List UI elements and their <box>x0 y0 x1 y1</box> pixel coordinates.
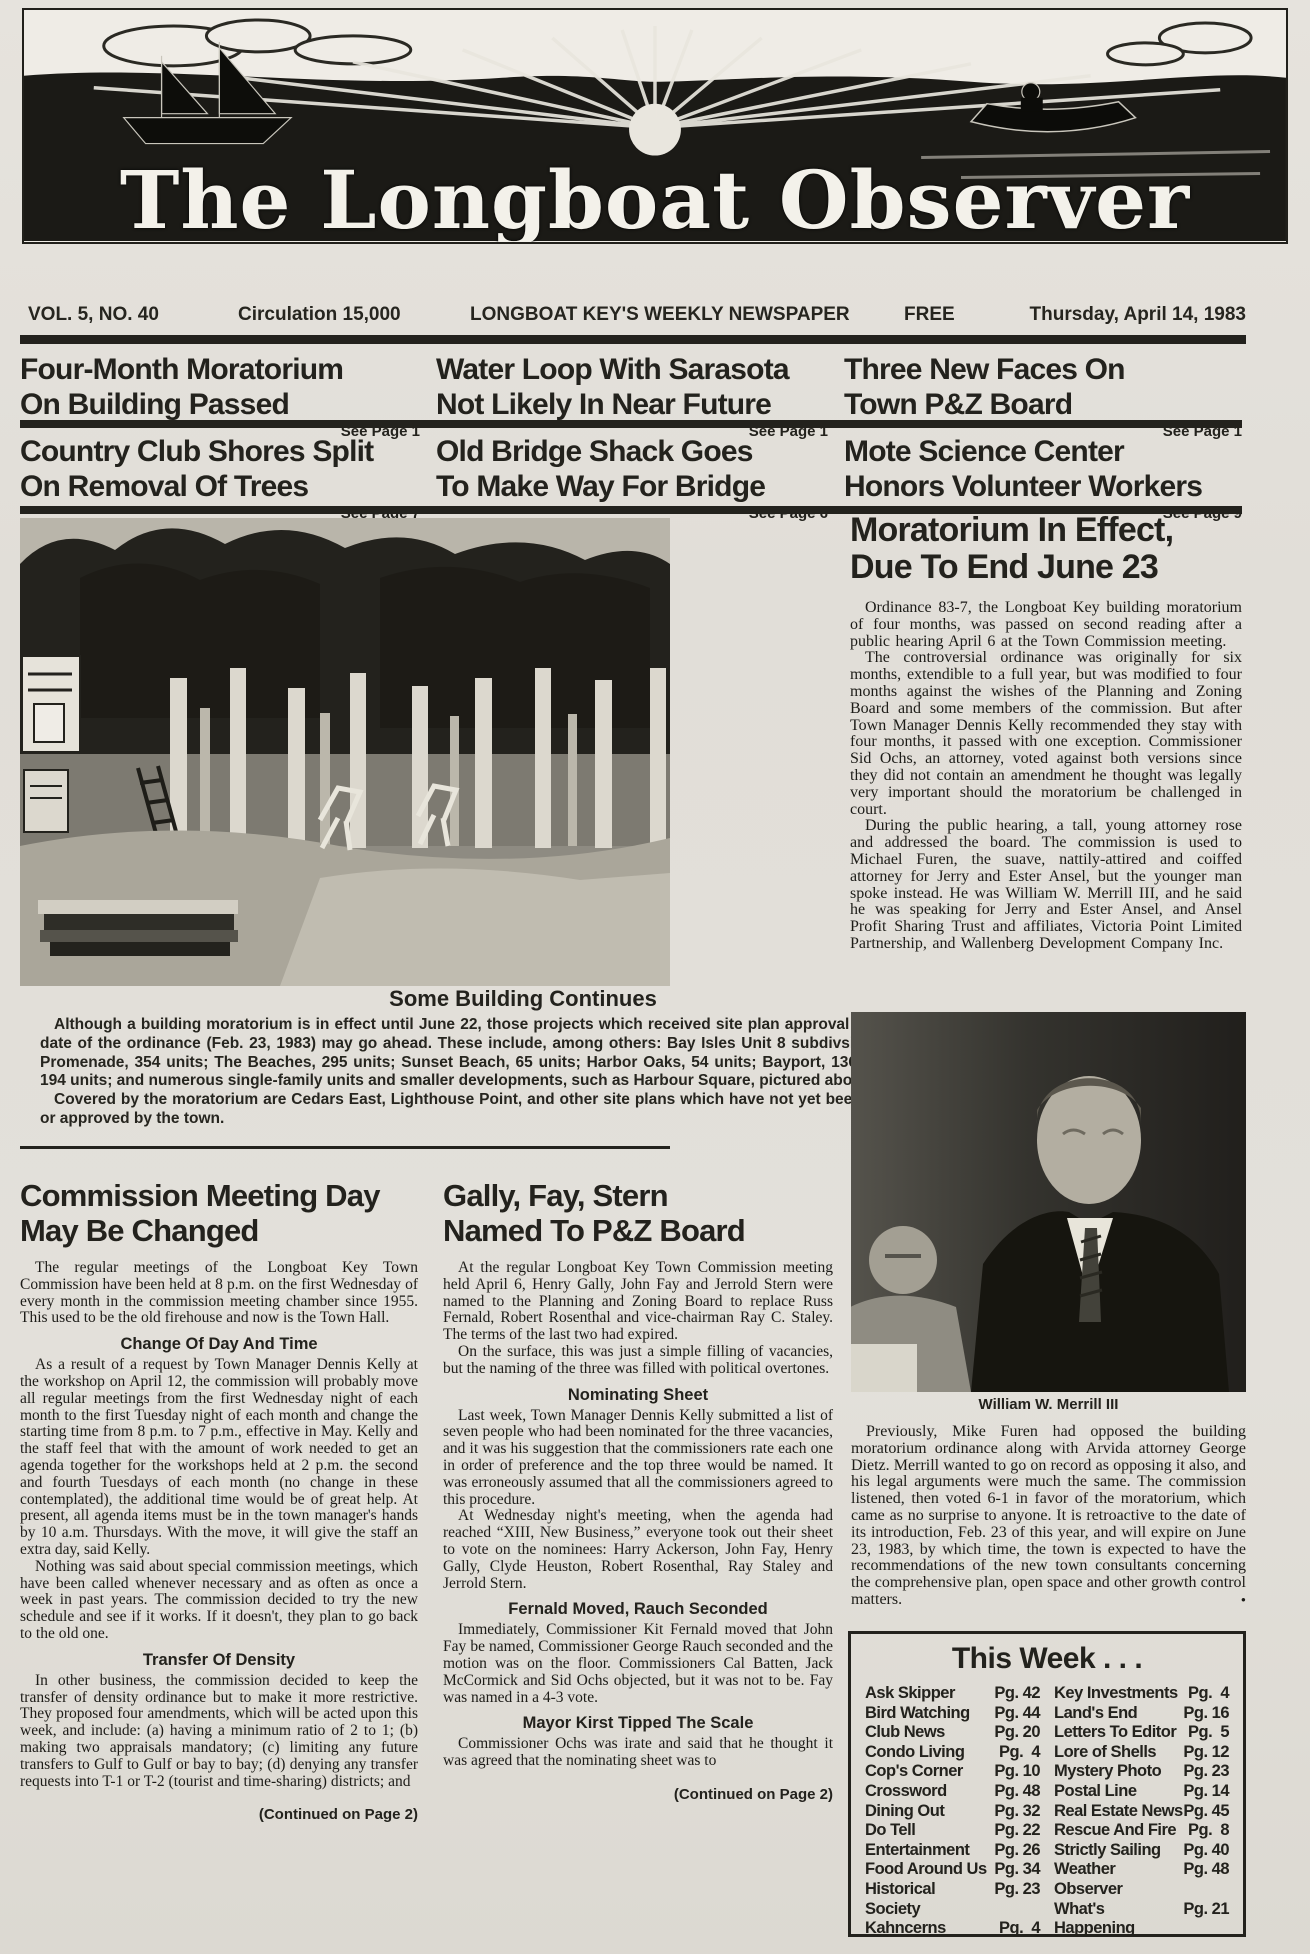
masthead: The Longboat Observer <box>22 8 1288 244</box>
index-row: Letters To EditorPg. 5 <box>1054 1723 1229 1743</box>
teaser-headline: Old Bridge Shack Goes <box>436 435 753 468</box>
newspaper-title: The Longboat Observer <box>24 160 1286 240</box>
this-week-index-box: This Week . . . Ask SkipperPg. 42 Bird W… <box>848 1631 1246 1937</box>
index-row: Condo LivingPg. 4 <box>865 1743 1040 1763</box>
commission-meeting-article: Commission Meeting DayMay Be Changed The… <box>20 1178 418 1823</box>
this-week-right-column: Key InvestmentsPg. 4 Land's EndPg. 16 Le… <box>1054 1684 1229 1939</box>
volume-number: VOL. 5, NO. 40 <box>28 304 159 326</box>
teaser-headline: Town P&Z Board <box>844 388 1072 421</box>
teaser-headline: Water Loop With Sarasota <box>436 353 789 386</box>
article-paragraph: The regular meetings of the Longboat Key… <box>20 1260 418 1327</box>
article-subhead: Change Of Day And Time <box>20 1335 418 1354</box>
index-row: EntertainmentPg. 26 <box>865 1841 1040 1861</box>
teaser-headline: Country Club Shores Split <box>20 435 373 468</box>
divider-rule <box>20 420 1242 428</box>
article-paragraph: Last week, Town Manager Dennis Kelly sub… <box>443 1408 833 1509</box>
article-paragraph: Immediately, Commissioner Kit Fernald mo… <box>443 1622 833 1706</box>
article-headline: Commission Meeting DayMay Be Changed <box>20 1178 418 1248</box>
caption-title: Some Building Continues <box>40 986 1006 1012</box>
index-row: Weather ObserverPg. 48 <box>1054 1860 1229 1899</box>
issue-date: Thursday, April 14, 1983 <box>1030 304 1246 326</box>
article-paragraph: In other business, the commission decide… <box>20 1673 418 1791</box>
article-paragraph: At the regular Longboat Key Town Commiss… <box>443 1260 833 1344</box>
index-row: Club NewsPg. 20 <box>865 1723 1040 1743</box>
article-paragraph: The controversial ordinance was original… <box>850 650 1242 818</box>
article-headline: Gally, Fay, SternNamed To P&Z Board <box>443 1178 833 1248</box>
teaser-headline: Mote Science Center <box>844 435 1124 468</box>
index-row: Postal LinePg. 14 <box>1054 1782 1229 1802</box>
newspaper-front-page: The Longboat Observer VOL. 5, NO. 40 Cir… <box>0 0 1310 1954</box>
article-subhead: Fernald Moved, Rauch Seconded <box>443 1600 833 1619</box>
index-row: What's HappeningPg. 21 <box>1054 1900 1229 1939</box>
continued-note: (Continued on Page 2) <box>443 1786 833 1803</box>
index-row: Land's EndPg. 16 <box>1054 1704 1229 1724</box>
merrill-photo-caption: William W. Merrill III <box>851 1396 1246 1413</box>
construction-site-photo <box>20 518 670 986</box>
index-row: CrosswordPg. 48 <box>865 1782 1040 1802</box>
index-row: Cop's CornerPg. 10 <box>865 1762 1040 1782</box>
article-paragraph: On the surface, this was just a simple f… <box>443 1344 833 1378</box>
index-row: Rescue And FirePg. 8 <box>1054 1821 1229 1841</box>
article-paragraph: Commissioner Ochs was irate and said tha… <box>443 1736 833 1770</box>
end-bullet: • <box>851 1593 1246 1610</box>
index-row: Do TellPg. 22 <box>865 1821 1040 1841</box>
index-row: Mystery PhotoPg. 23 <box>1054 1762 1229 1782</box>
pz-board-article: Gally, Fay, SternNamed To P&Z Board At t… <box>443 1178 833 1803</box>
tagline: LONGBOAT KEY'S WEEKLY NEWSPAPER <box>470 304 850 326</box>
continued-note: (Continued on Page 2) <box>20 1806 418 1823</box>
merrill-article: Previously, Mike Furen had opposed the b… <box>851 1424 1246 1610</box>
teaser-headline: Not Likely In Near Future <box>436 388 771 421</box>
teaser-headline: Honors Volunteer Workers <box>844 470 1202 503</box>
merrill-portrait-photo <box>851 1012 1246 1392</box>
article-paragraph: Ordinance 83-7, the Longboat Key buildin… <box>850 600 1242 650</box>
index-row: Real Estate NewsPg. 45 <box>1054 1802 1229 1822</box>
divider-rule <box>20 1146 670 1149</box>
index-row: Ask SkipperPg. 42 <box>865 1684 1040 1704</box>
index-row: Lore of ShellsPg. 12 <box>1054 1743 1229 1763</box>
index-row: Dining OutPg. 32 <box>865 1802 1040 1822</box>
index-row: Key InvestmentsPg. 4 <box>1054 1684 1229 1704</box>
teaser-headline: Four-Month Moratorium <box>20 353 343 386</box>
this-week-title: This Week . . . <box>865 1642 1229 1676</box>
article-paragraph: As a result of a request by Town Manager… <box>20 1357 418 1559</box>
article-paragraph: Previously, Mike Furen had opposed the b… <box>851 1424 1246 1609</box>
this-week-left-column: Ask SkipperPg. 42 Bird WatchingPg. 44 Cl… <box>865 1684 1040 1939</box>
article-paragraph: At Wednesday night's meeting, when the a… <box>443 1508 833 1592</box>
info-bar: VOL. 5, NO. 40 Circulation 15,000 LONGBO… <box>20 300 1246 344</box>
teaser-headline: Three New Faces On <box>844 353 1125 386</box>
article-headline: Moratorium In Effect,Due To End June 23 <box>850 512 1242 586</box>
circulation: Circulation 15,000 <box>238 304 401 326</box>
teaser-headline: To Make Way For Bridge <box>436 470 765 503</box>
moratorium-article: Moratorium In Effect,Due To End June 23 … <box>850 512 1242 953</box>
index-row: Strictly SailingPg. 40 <box>1054 1841 1229 1861</box>
index-row: Food Around UsPg. 34 <box>865 1860 1040 1880</box>
article-subhead: Nominating Sheet <box>443 1386 833 1405</box>
index-row: Bird WatchingPg. 44 <box>865 1704 1040 1724</box>
article-paragraph: During the public hearing, a tall, young… <box>850 818 1242 952</box>
index-row: KahncernsPg. 4 <box>865 1919 1040 1939</box>
teaser-headline: On Building Passed <box>20 388 289 421</box>
price: FREE <box>904 304 955 326</box>
teaser-headline: On Removal Of Trees <box>20 470 308 503</box>
article-subhead: Transfer Of Density <box>20 1651 418 1670</box>
article-subhead: Mayor Kirst Tipped The Scale <box>443 1714 833 1733</box>
article-paragraph: Nothing was said about special commissio… <box>20 1559 418 1643</box>
index-row: Historical SocietyPg. 23 <box>865 1880 1040 1919</box>
